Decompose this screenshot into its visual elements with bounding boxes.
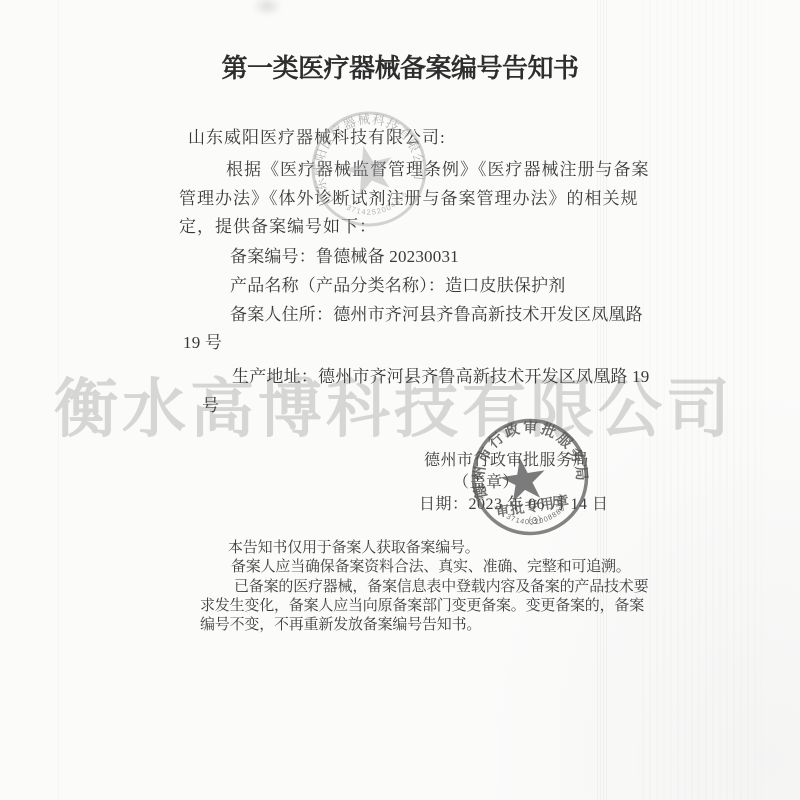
scan-smudge bbox=[252, 0, 282, 16]
page-title: 第一类医疗器械备案编号告知书 bbox=[0, 54, 800, 84]
intro-line: 定，提供备案编号如下： bbox=[179, 217, 377, 237]
field-filing-number: 备案编号：鲁德械备 20230031 bbox=[230, 247, 459, 267]
scanned-document-page: 衡水高博科技有限公司 第一类医疗器械备案编号告知书 山东威阳医疗器械科技有限公司… bbox=[0, 0, 800, 800]
note-line: 已备案的医疗器械，备案信息表中登载内容及备案的产品技术要 bbox=[234, 579, 648, 596]
field-registrant-address-wrap: 19 号 bbox=[183, 333, 222, 353]
field-production-address-wrap: 号 bbox=[202, 396, 219, 416]
authority-seal-index: （3） bbox=[522, 514, 548, 529]
scan-streaks bbox=[642, 0, 762, 800]
scan-streaks bbox=[597, 0, 607, 800]
field-registrant-address: 备案人住所：德州市齐河县齐鲁高新技术开发区凤凰路 bbox=[230, 305, 643, 325]
seal-instruction: （盖章） bbox=[453, 474, 519, 492]
addressee-line: 山东威阳医疗器械科技有限公司: bbox=[188, 128, 446, 148]
issuing-authority: 德州市行政审批服务局 bbox=[424, 452, 589, 470]
page-edge bbox=[58, 0, 59, 800]
field-product-name: 产品名称（产品分类名称）：造口皮肤保护剂 bbox=[230, 276, 566, 296]
intro-line: 管理办法》《体外诊断试剂注册与备案管理办法》的相关规 bbox=[179, 189, 639, 209]
intro-line: 根据《医疗器械监督管理条例》《医疗器械注册与备案 bbox=[226, 160, 650, 180]
note-line: 求发生变化，备案人应当向原备案部门变更备案。变更备案的，备案 bbox=[200, 598, 644, 615]
note-line: 本告知书仅用于备案人获取备案编号。 bbox=[228, 540, 480, 557]
issue-date: 日期：2023 年 06 月 14 日 bbox=[419, 496, 609, 514]
note-line: 备案人应当确保备案资料合法、真实、准确、完整和可追溯。 bbox=[231, 559, 631, 576]
note-line: 编号不变，不再重新发放备案编号告知书。 bbox=[200, 617, 481, 634]
field-production-address: 生产地址：德州市齐河县齐鲁高新技术开发区凤凰路 19 bbox=[232, 367, 649, 387]
